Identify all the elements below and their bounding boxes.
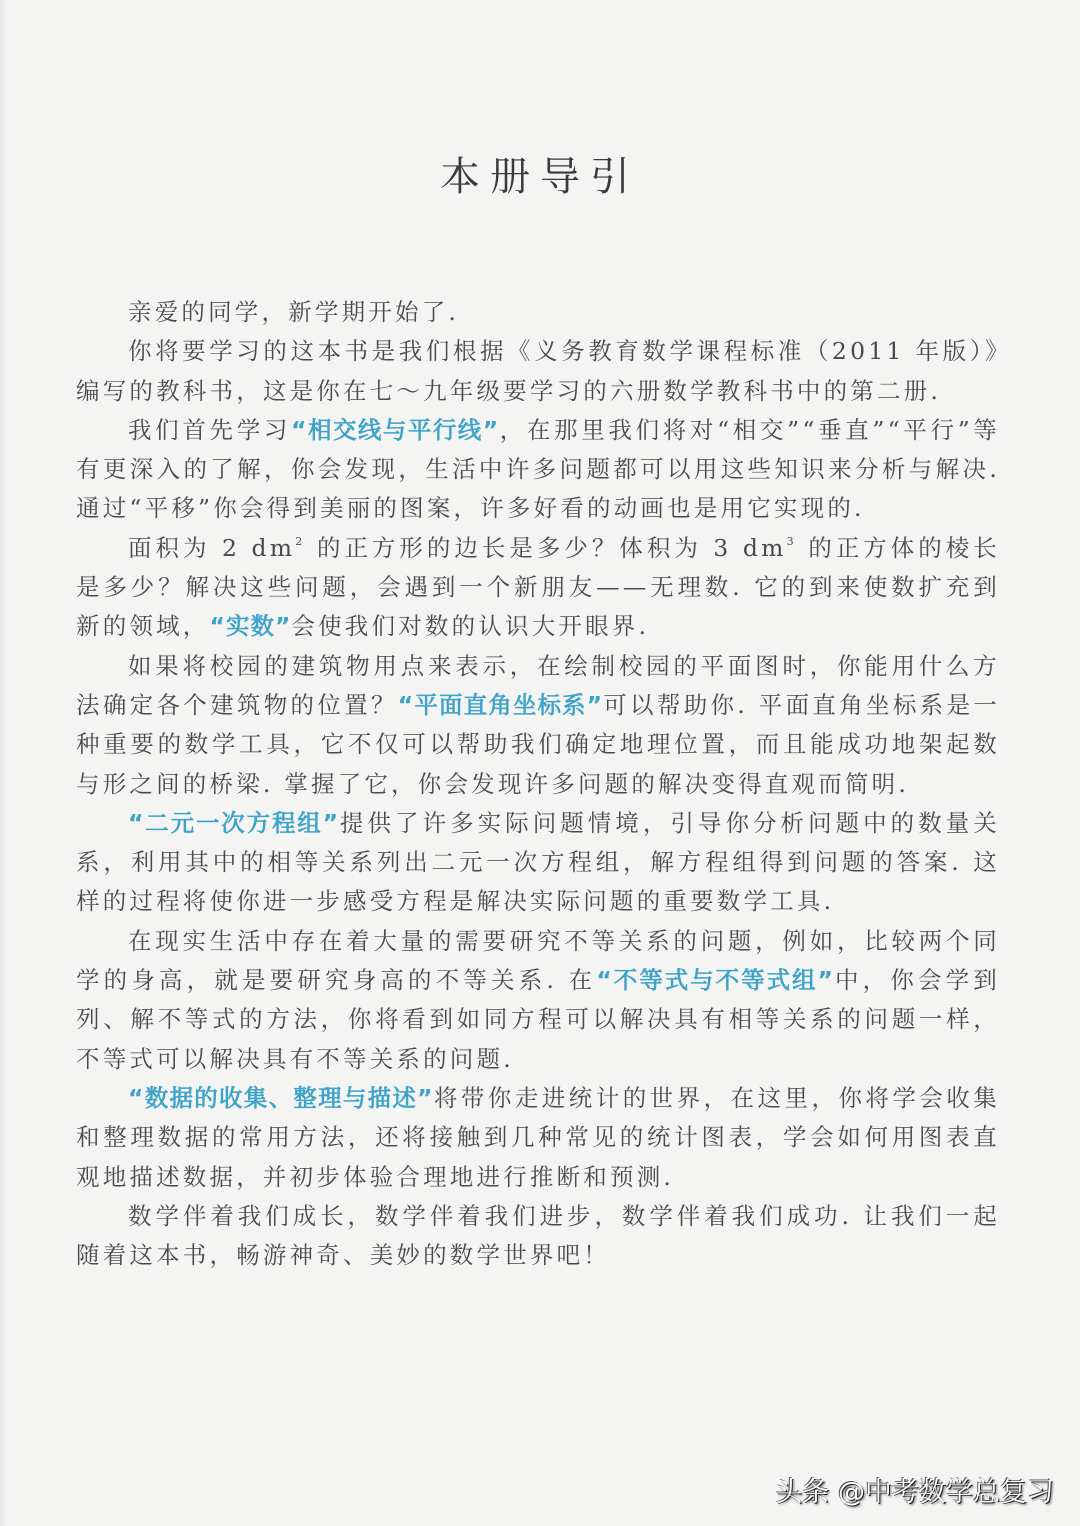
body-text: 亲爱的同学，新学期开始了.你将要学习的这本书是我们根据《义务教育数学课程标准（2… [76,293,1000,1275]
text-segment: 面积为 2 dm [128,534,295,562]
watermark: 头条 @中考数学总复习 [775,1470,1054,1509]
text-segment: 亲爱的同学，新学期开始了. [128,298,459,326]
text-segment: 你将要学习的这本书是我们根据《义务教育数学课程标准（2011 年版）》编写的教科… [76,337,1000,404]
paragraph: 我们首先学习“相交线与平行线”，在那里我们将对“相交”“垂直”“平行”等有更深入… [76,411,1000,529]
chapter-highlight: “数据的收集、整理与描述” [128,1084,434,1112]
superscript: 2 [295,535,305,548]
text-segment: 的正方形的边长是多少？体积为 3 dm [305,534,786,562]
page-title: 本册导引 [0,145,1080,202]
paragraph: “二元一次方程组”提供了许多实际问题情境，引导你分析问题中的数量关系，利用其中的… [76,804,1000,922]
paragraph: 数学伴着我们成长，数学伴着我们进步，数学伴着我们成功. 让我们一起随着这本书，畅… [76,1197,1000,1276]
paragraph: 如果将校园的建筑物用点来表示，在绘制校园的平面图时，你能用什么方法确定各个建筑物… [76,647,1000,804]
text-segment: 会使我们对数的认识大开眼界. [291,612,649,640]
page-edge [0,0,8,1526]
chapter-highlight: “实数” [210,612,292,640]
paragraph: 你将要学习的这本书是我们根据《义务教育数学课程标准（2011 年版）》编写的教科… [76,332,1000,411]
paragraph: 面积为 2 dm2 的正方形的边长是多少？体积为 3 dm3 的正方体的棱长是多… [76,529,1000,647]
chapter-highlight: “相交线与平行线” [291,416,499,444]
chapter-highlight: “平面直角坐标系” [398,691,603,719]
text-segment: 我们首先学习 [128,416,291,444]
chapter-highlight: “二元一次方程组” [128,809,339,837]
chapter-highlight: “不等式与不等式组” [596,966,834,994]
paragraph: 在现实生活中存在着大量的需要研究不等关系的问题，例如，比较两个同学的身高，就是要… [76,922,1000,1079]
paragraph: 亲爱的同学，新学期开始了. [76,293,1000,332]
superscript: 3 [787,535,797,548]
paragraph: “数据的收集、整理与描述”将带你走进统计的世界，在这里，你将学会收集和整理数据的… [76,1079,1000,1197]
text-segment: 数学伴着我们成长，数学伴着我们进步，数学伴着我们成功. 让我们一起随着这本书，畅… [76,1202,1000,1269]
